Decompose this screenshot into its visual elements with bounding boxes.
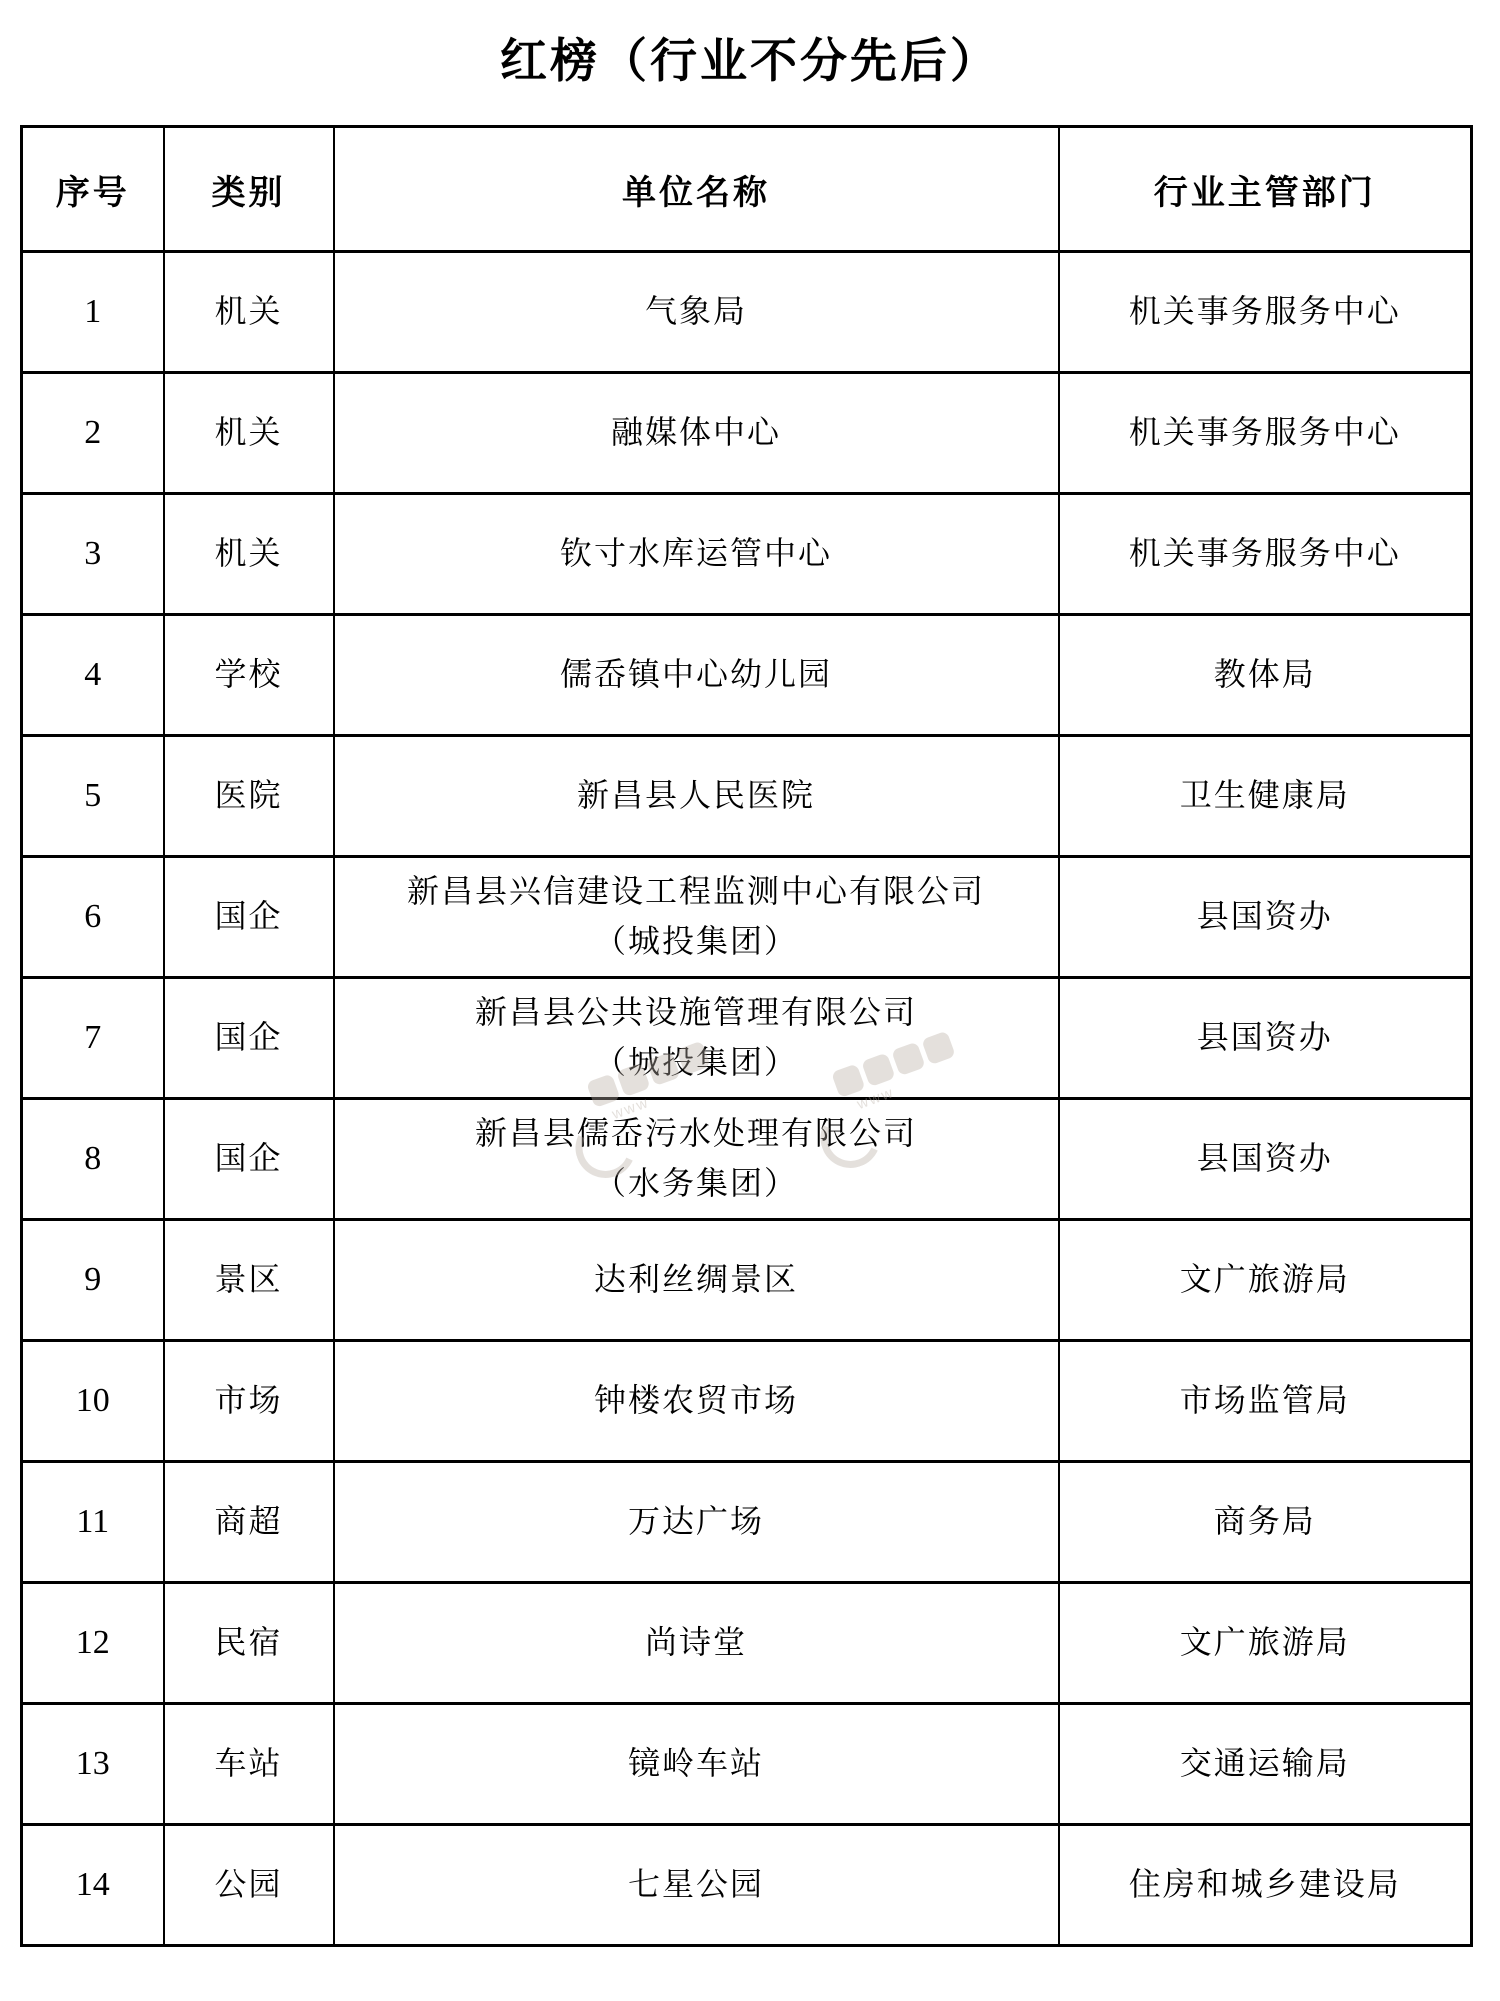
cell-category: 商超 [164, 1462, 334, 1583]
cell-department: 县国资办 [1059, 1099, 1472, 1220]
cell-no: 7 [22, 978, 164, 1099]
header-unit: 单位名称 [334, 127, 1059, 252]
cell-category: 机关 [164, 494, 334, 615]
table-row: 4 学校 儒岙镇中心幼儿园 教体局 [22, 615, 1472, 736]
cell-department: 机关事务服务中心 [1059, 373, 1472, 494]
cell-no: 11 [22, 1462, 164, 1583]
cell-category: 医院 [164, 736, 334, 857]
cell-no: 2 [22, 373, 164, 494]
cell-no: 13 [22, 1704, 164, 1825]
cell-no: 9 [22, 1220, 164, 1341]
table-row: 7 国企 新昌县公共设施管理有限公司 （城投集团） 县国资办 [22, 978, 1472, 1099]
table-row: 13 车站 镜岭车站 交通运输局 [22, 1704, 1472, 1825]
cell-unit: 新昌县儒岙污水处理有限公司 （水务集团） [334, 1099, 1059, 1220]
cell-category: 学校 [164, 615, 334, 736]
cell-unit: 气象局 [334, 252, 1059, 373]
table-row: 3 机关 钦寸水库运管中心 机关事务服务中心 [22, 494, 1472, 615]
cell-unit: 融媒体中心 [334, 373, 1059, 494]
cell-unit: 新昌县兴信建设工程监测中心有限公司 （城投集团） [334, 857, 1059, 978]
table-row: 1 机关 气象局 机关事务服务中心 [22, 252, 1472, 373]
cell-category: 景区 [164, 1220, 334, 1341]
cell-no: 3 [22, 494, 164, 615]
cell-unit: 钟楼农贸市场 [334, 1341, 1059, 1462]
cell-no: 5 [22, 736, 164, 857]
cell-category: 国企 [164, 857, 334, 978]
cell-no: 8 [22, 1099, 164, 1220]
cell-department: 教体局 [1059, 615, 1472, 736]
cell-unit: 七星公园 [334, 1825, 1059, 1946]
cell-category: 机关 [164, 373, 334, 494]
cell-unit: 镜岭车站 [334, 1704, 1059, 1825]
table-row: 8 国企 新昌县儒岙污水处理有限公司 （水务集团） 县国资办 [22, 1099, 1472, 1220]
cell-category: 民宿 [164, 1583, 334, 1704]
table-row: 2 机关 融媒体中心 机关事务服务中心 [22, 373, 1472, 494]
cell-unit: 新昌县人民医院 [334, 736, 1059, 857]
table-row: 12 民宿 尚诗堂 文广旅游局 [22, 1583, 1472, 1704]
cell-unit: 万达广场 [334, 1462, 1059, 1583]
page-title: 红榜（行业不分先后） [0, 0, 1500, 96]
table-row: 5 医院 新昌县人民医院 卫生健康局 [22, 736, 1472, 857]
cell-department: 机关事务服务中心 [1059, 494, 1472, 615]
cell-department: 商务局 [1059, 1462, 1472, 1583]
cell-department: 机关事务服务中心 [1059, 252, 1472, 373]
cell-unit: 钦寸水库运管中心 [334, 494, 1059, 615]
cell-unit: 新昌县公共设施管理有限公司 （城投集团） [334, 978, 1059, 1099]
cell-category: 市场 [164, 1341, 334, 1462]
table-row: 11 商超 万达广场 商务局 [22, 1462, 1472, 1583]
cell-category: 国企 [164, 1099, 334, 1220]
table-row: 9 景区 达利丝绸景区 文广旅游局 [22, 1220, 1472, 1341]
table-header-row: 序号 类别 单位名称 行业主管部门 [22, 127, 1472, 252]
cell-department: 住房和城乡建设局 [1059, 1825, 1472, 1946]
cell-no: 1 [22, 252, 164, 373]
cell-department: 卫生健康局 [1059, 736, 1472, 857]
cell-department: 文广旅游局 [1059, 1583, 1472, 1704]
cell-no: 12 [22, 1583, 164, 1704]
cell-department: 文广旅游局 [1059, 1220, 1472, 1341]
cell-category: 国企 [164, 978, 334, 1099]
cell-no: 10 [22, 1341, 164, 1462]
cell-department: 市场监管局 [1059, 1341, 1472, 1462]
table-row: 6 国企 新昌县兴信建设工程监测中心有限公司 （城投集团） 县国资办 [22, 857, 1472, 978]
cell-department: 交通运输局 [1059, 1704, 1472, 1825]
cell-no: 6 [22, 857, 164, 978]
table-row: 14 公园 七星公园 住房和城乡建设局 [22, 1825, 1472, 1946]
cell-category: 车站 [164, 1704, 334, 1825]
header-no: 序号 [22, 127, 164, 252]
header-department: 行业主管部门 [1059, 127, 1472, 252]
table-row: 10 市场 钟楼农贸市场 市场监管局 [22, 1341, 1472, 1462]
cell-category: 机关 [164, 252, 334, 373]
header-category: 类别 [164, 127, 334, 252]
cell-department: 县国资办 [1059, 978, 1472, 1099]
redlist-table: 序号 类别 单位名称 行业主管部门 1 机关 气象局 机关事务服务中心 2 机关… [20, 125, 1473, 1947]
cell-unit: 达利丝绸景区 [334, 1220, 1059, 1341]
cell-category: 公园 [164, 1825, 334, 1946]
cell-unit: 儒岙镇中心幼儿园 [334, 615, 1059, 736]
cell-unit: 尚诗堂 [334, 1583, 1059, 1704]
cell-no: 4 [22, 615, 164, 736]
cell-department: 县国资办 [1059, 857, 1472, 978]
cell-no: 14 [22, 1825, 164, 1946]
